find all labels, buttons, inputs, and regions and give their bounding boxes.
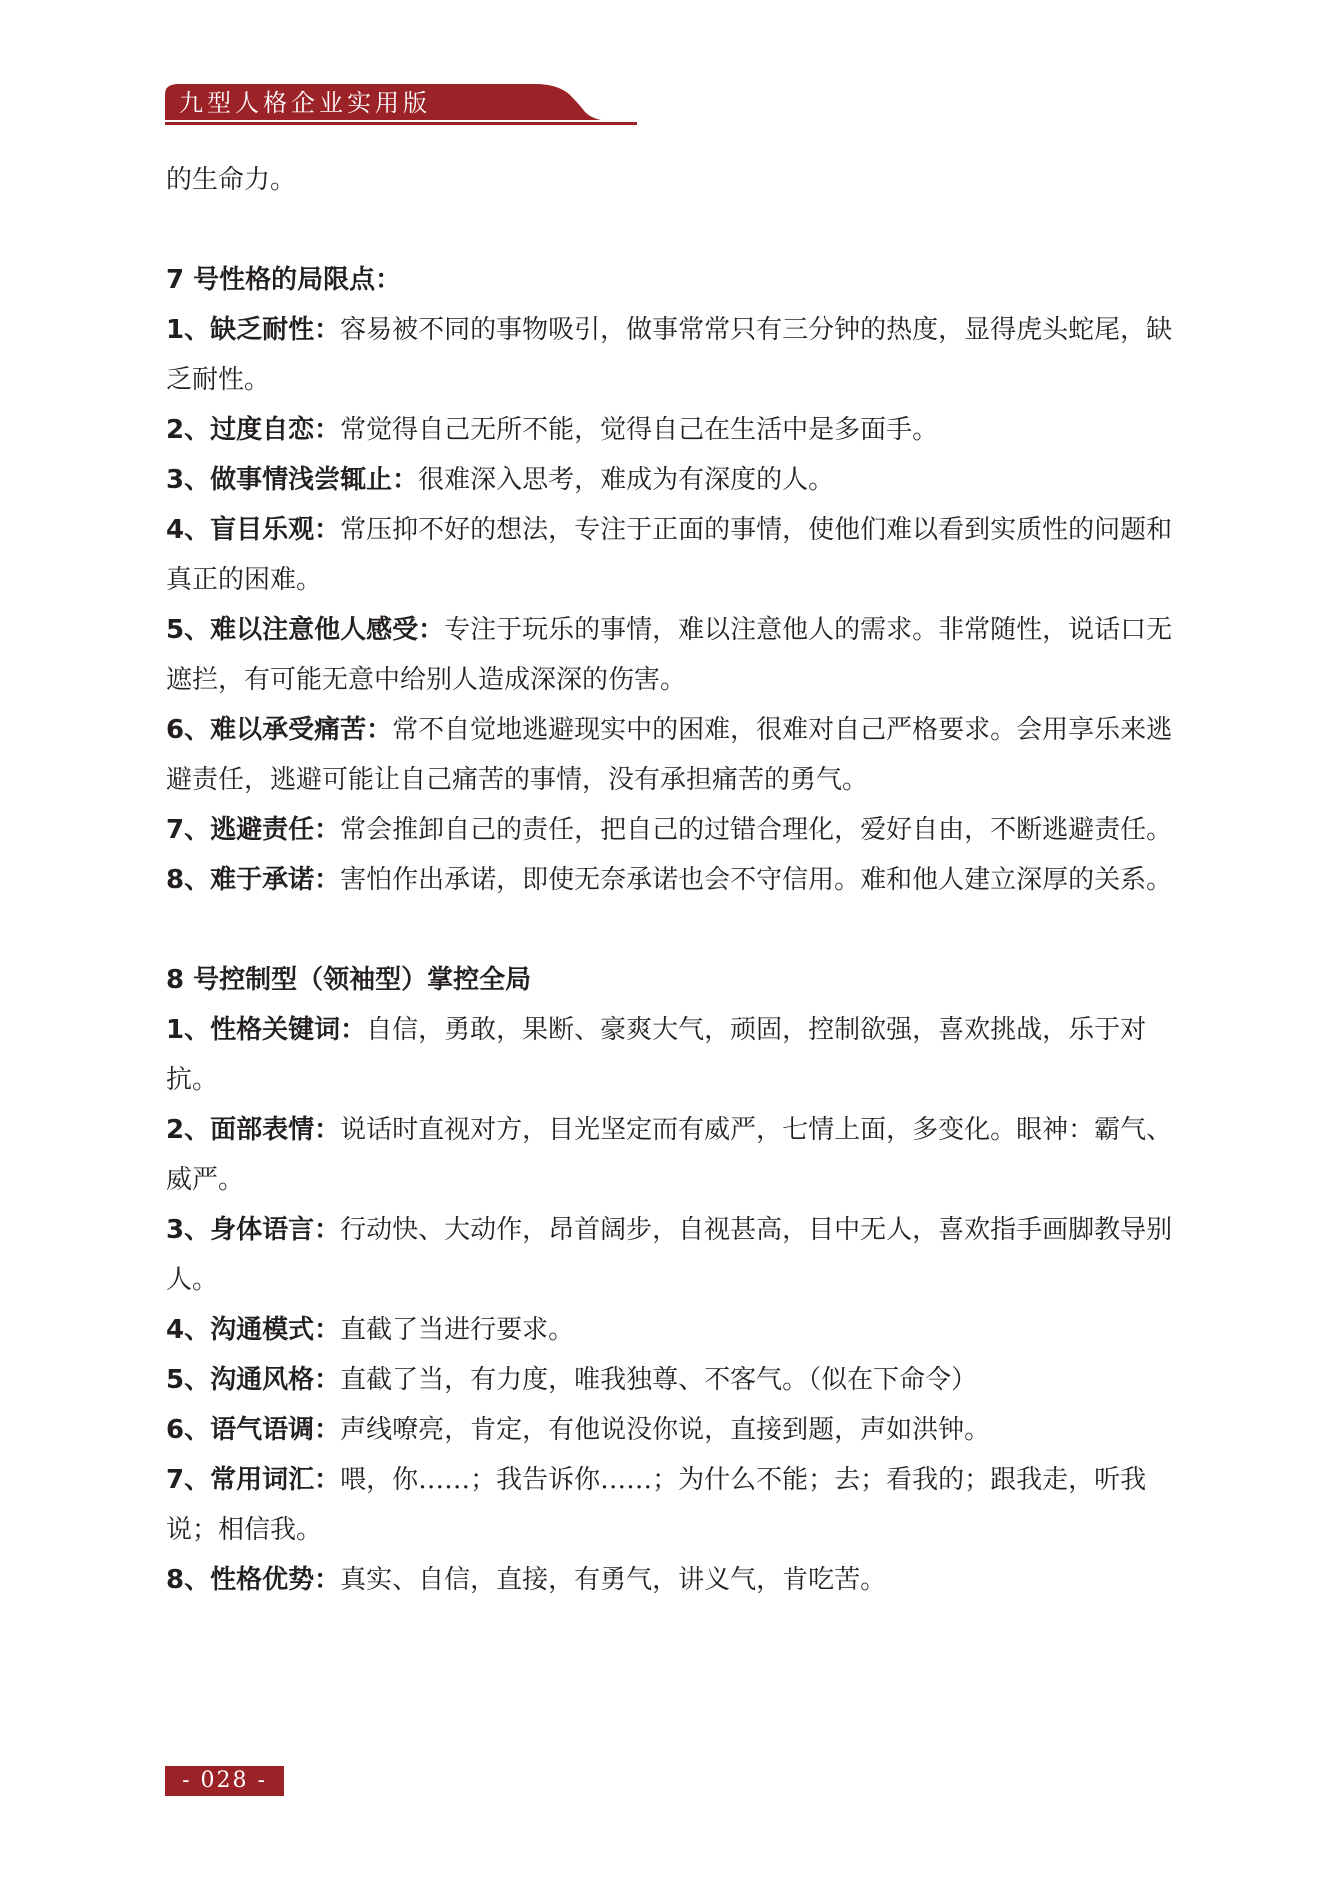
item-label: 5、沟通风格： xyxy=(166,1365,340,1395)
item-label: 6、语气语调： xyxy=(166,1415,340,1445)
list-item: 8、性格优势：真实、自信，直接，有勇气，讲义气，肯吃苦。 xyxy=(166,1555,1176,1605)
page-number-badge: - 028 - xyxy=(165,1766,284,1796)
item-label: 7、逃避责任： xyxy=(166,815,340,845)
section-7-heading: 7 号性格的局限点： xyxy=(166,255,1176,305)
item-label: 5、难以注意他人感受： xyxy=(166,615,444,645)
document-body: 的生命力。 7 号性格的局限点： 1、缺乏耐性：容易被不同的事物吸引，做事常常只… xyxy=(166,155,1176,1605)
item-label: 8、难于承诺： xyxy=(166,865,340,895)
list-item: 7、逃避责任：常会推卸自己的责任，把自己的过错合理化，爱好自由，不断逃避责任。 xyxy=(166,805,1176,855)
list-item: 4、盲目乐观：常压抑不好的想法，专注于正面的事情，使他们难以看到实质性的问题和真… xyxy=(166,505,1176,605)
item-label: 2、过度自恋： xyxy=(166,415,340,445)
item-label: 1、缺乏耐性： xyxy=(166,315,340,345)
list-item: 5、难以注意他人感受：专注于玩乐的事情，难以注意他人的需求。非常随性，说话口无遮… xyxy=(166,605,1176,705)
section-8-heading: 8 号控制型（领袖型）掌控全局 xyxy=(166,955,1176,1005)
item-text: 很难深入思考，难成为有深度的人。 xyxy=(418,465,834,495)
list-item: 1、性格关键词：自信，勇敢，果断、豪爽大气，顽固，控制欲强，喜欢挑战，乐于对抗。 xyxy=(166,1005,1176,1105)
page-header-banner: 九型人格企业实用版 xyxy=(165,84,637,128)
item-label: 4、盲目乐观： xyxy=(166,515,340,545)
list-item: 2、面部表情：说话时直视对方，目光坚定而有威严，七情上面，多变化。眼神：霸气、威… xyxy=(166,1105,1176,1205)
item-label: 3、做事情浅尝辄止： xyxy=(166,465,418,495)
item-label: 3、身体语言： xyxy=(166,1215,340,1245)
item-text: 常会推卸自己的责任，把自己的过错合理化，爱好自由，不断逃避责任。 xyxy=(340,815,1172,845)
list-item: 3、做事情浅尝辄止：很难深入思考，难成为有深度的人。 xyxy=(166,455,1176,505)
item-label: 8、性格优势： xyxy=(166,1565,340,1595)
list-item: 3、身体语言：行动快、大动作，昂首阔步，自视甚高，目中无人，喜欢指手画脚教导别人… xyxy=(166,1205,1176,1305)
list-item: 1、缺乏耐性：容易被不同的事物吸引，做事常常只有三分钟的热度，显得虎头蛇尾，缺乏… xyxy=(166,305,1176,405)
item-text: 害怕作出承诺，即使无奈承诺也会不守信用。难和他人建立深厚的关系。 xyxy=(340,865,1172,895)
item-label: 1、性格关键词： xyxy=(166,1015,366,1045)
list-item: 6、难以承受痛苦：常不自觉地逃避现实中的困难，很难对自己严格要求。会用享乐来逃避… xyxy=(166,705,1176,805)
continuation-text: 的生命力。 xyxy=(166,155,1176,205)
item-label: 6、难以承受痛苦： xyxy=(166,715,392,745)
item-text: 直截了当，有力度，唯我独尊、不客气。（似在下命令） xyxy=(340,1365,977,1395)
list-item: 7、常用词汇：喂，你……；我告诉你……；为什么不能；去；看我的；跟我走，听我说；… xyxy=(166,1455,1176,1555)
list-item: 8、难于承诺：害怕作出承诺，即使无奈承诺也会不守信用。难和他人建立深厚的关系。 xyxy=(166,855,1176,905)
item-text: 真实、自信，直接，有勇气，讲义气，肯吃苦。 xyxy=(340,1565,886,1595)
list-item: 6、语气语调：声线嘹亮，肯定，有他说没你说，直接到题，声如洪钟。 xyxy=(166,1405,1176,1455)
list-item: 2、过度自恋：常觉得自己无所不能，觉得自己在生活中是多面手。 xyxy=(166,405,1176,455)
item-text: 声线嘹亮，肯定，有他说没你说，直接到题，声如洪钟。 xyxy=(340,1415,990,1445)
list-item: 5、沟通风格：直截了当，有力度，唯我独尊、不客气。（似在下命令） xyxy=(166,1355,1176,1405)
item-label: 7、常用词汇： xyxy=(166,1465,340,1495)
item-label: 4、沟通模式： xyxy=(166,1315,340,1345)
item-text: 常觉得自己无所不能，觉得自己在生活中是多面手。 xyxy=(340,415,938,445)
item-label: 2、面部表情： xyxy=(166,1115,340,1145)
header-title: 九型人格企业实用版 xyxy=(179,87,431,119)
list-item: 4、沟通模式：直截了当进行要求。 xyxy=(166,1305,1176,1355)
item-text: 直截了当进行要求。 xyxy=(340,1315,574,1345)
